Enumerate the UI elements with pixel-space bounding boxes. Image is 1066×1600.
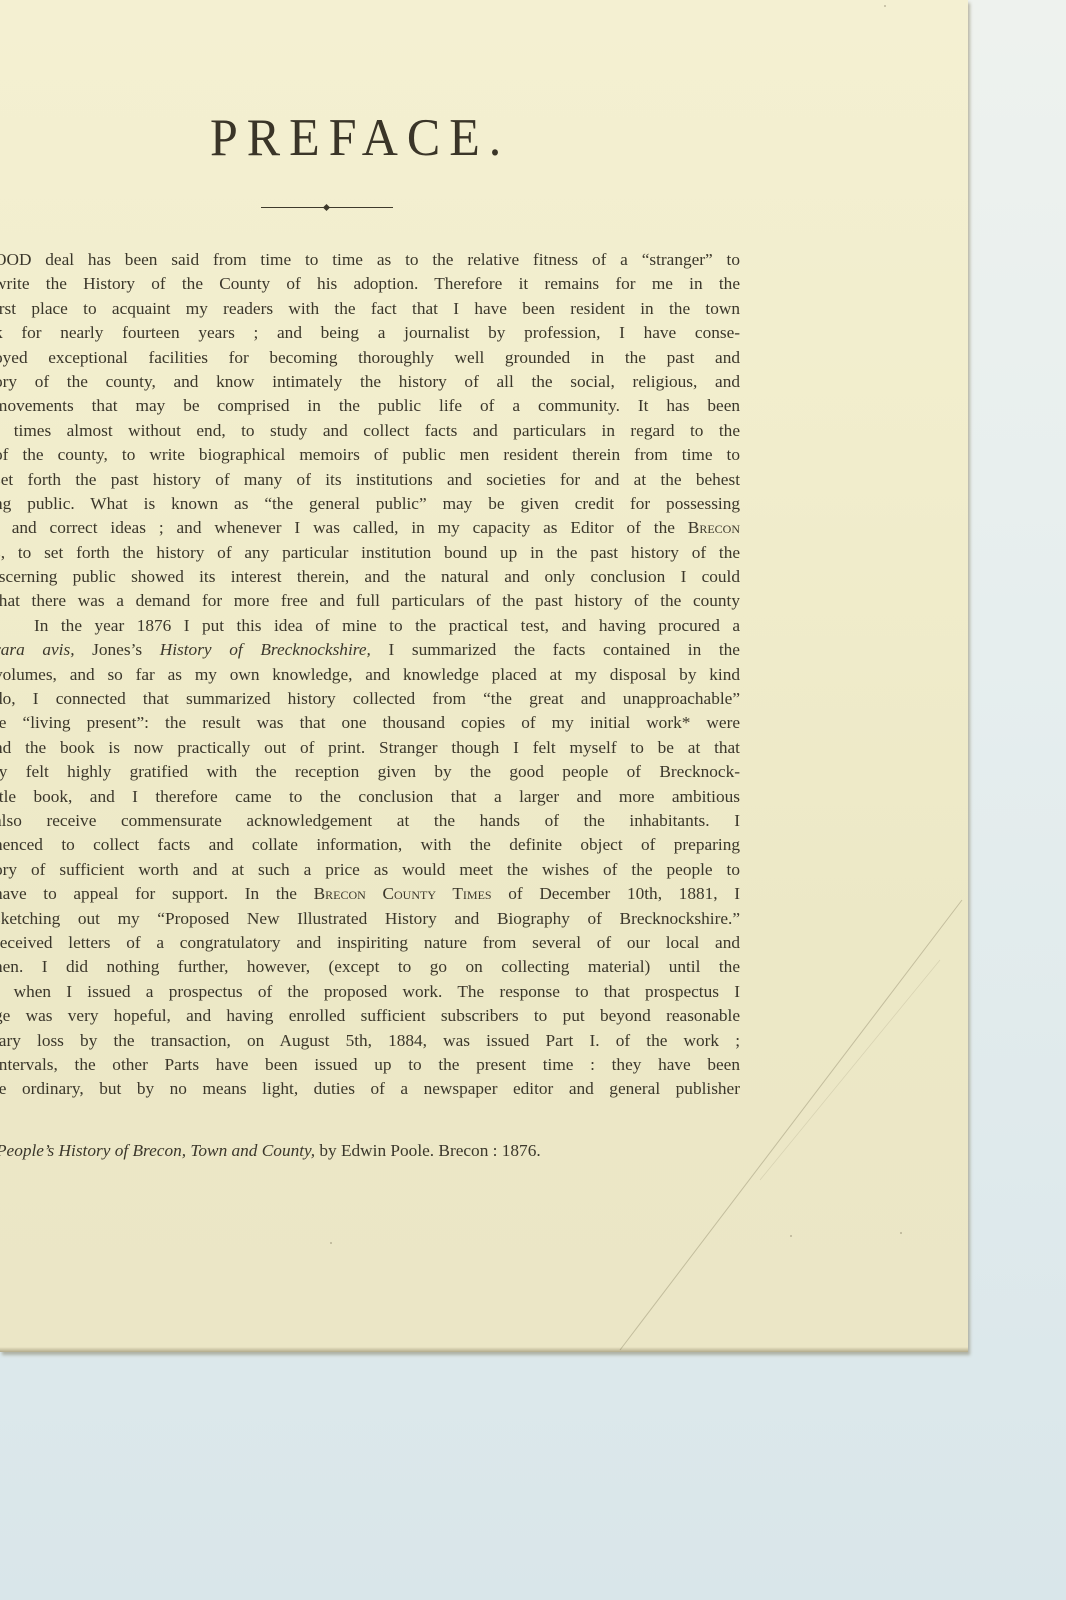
brecon-smallcaps: Brecon <box>688 518 740 537</box>
text-line: that there was a demand for more free an… <box>0 589 740 613</box>
footnote-citation: by Edwin Poole. Brecon : 1876. <box>315 1141 541 1160</box>
text-line: s, to set forth the history of any parti… <box>0 541 740 565</box>
text-line-indented: In the year 1876 I put this idea of mine… <box>0 614 740 638</box>
text-line: write the History of the County of his a… <box>0 272 740 296</box>
text-line: , times almost without end, to study and… <box>0 419 740 443</box>
text-line-with-smallcaps: have to appeal for support. In the Breco… <box>0 882 740 906</box>
text-line: intervals, the other Parts have been iss… <box>0 1053 740 1077</box>
text-line: ttle book, and I therefore came to the c… <box>0 785 740 809</box>
title-ornament-rule <box>261 205 393 211</box>
line-text: of December 10th, 1881, I <box>492 884 740 903</box>
footnote-book-title: People’s History of Brecon, Town and Cou… <box>0 1141 315 1160</box>
rara-avis-italic: rara avis, <box>0 640 75 659</box>
text-line: nen. I did nothing further, however, (ex… <box>0 955 740 979</box>
paper-speck <box>330 1242 332 1244</box>
text-line: movements that may be comprised in the p… <box>0 394 740 418</box>
footnote: People’s History of Brecon, Town and Cou… <box>0 1141 541 1161</box>
text-line: , when I issued a prospectus of the prop… <box>0 980 740 1004</box>
text-line: also receive commensurate acknowledgemen… <box>0 809 740 833</box>
text-line: of the county, to write biographical mem… <box>0 443 740 467</box>
newspaper-name-smallcaps: Brecon County Times <box>314 884 492 903</box>
paper-speck <box>884 5 886 7</box>
line-text: l and correct ideas ; and whenever I was… <box>0 518 688 537</box>
text-line: ory of the county, and know intimately t… <box>0 370 740 394</box>
book-title-italic: History of Brecknockshire, <box>160 640 371 659</box>
text-line: iscerning public showed its interest the… <box>0 565 740 589</box>
preface-body: OOD deal has been said from time to time… <box>0 248 740 1102</box>
text-line: received letters of a congratulatory and… <box>0 931 740 955</box>
text-line: ie ordinary, but by no means light, duti… <box>0 1077 740 1101</box>
text-line: ly felt highly gratified with the recept… <box>0 760 740 784</box>
text-line: ie “living present”: the result was that… <box>0 711 740 735</box>
line-text: have to appeal for support. In the <box>0 884 314 903</box>
text-line: nd the book is now practically out of pr… <box>0 736 740 760</box>
text-line: ory of sufficient worth and at such a pr… <box>0 858 740 882</box>
text-line: do, I connected that summarized history … <box>0 687 740 711</box>
text-line-with-smallcaps: l and correct ideas ; and whenever I was… <box>0 516 740 540</box>
book-page: PREFACE. OOD deal has been said from tim… <box>0 0 968 1352</box>
text-line: oyed exceptional facilities for becoming… <box>0 346 740 370</box>
text-line: nenced to collect facts and collate info… <box>0 833 740 857</box>
line-text: Jones’s <box>75 640 160 659</box>
text-line: OOD deal has been said from time to time… <box>0 248 740 272</box>
text-line: set forth the past history of many of it… <box>0 468 740 492</box>
ornament-dot-icon <box>323 204 330 211</box>
text-line: tary loss by the transaction, on August … <box>0 1029 740 1053</box>
page-title: PREFACE. <box>210 107 510 168</box>
paper-speck <box>790 1235 792 1237</box>
page-bottom-edge <box>0 1347 968 1352</box>
paper-speck <box>900 1232 902 1234</box>
text-line-with-italics: rara avis, Jones’s History of Brecknocks… <box>0 638 740 662</box>
text-line: irst place to acquaint my readers with t… <box>0 297 740 321</box>
text-line: k for nearly fourteen years ; and being … <box>0 321 740 345</box>
text-line: ge was very hopeful, and having enrolled… <box>0 1004 740 1028</box>
text-line: ng public. What is known as “the general… <box>0 492 740 516</box>
line-text: I summarized the facts contained in the <box>371 640 740 659</box>
text-line: volumes, and so far as my own knowledge,… <box>0 663 740 687</box>
text-line: sketching out my “Proposed New Illustrat… <box>0 907 740 931</box>
